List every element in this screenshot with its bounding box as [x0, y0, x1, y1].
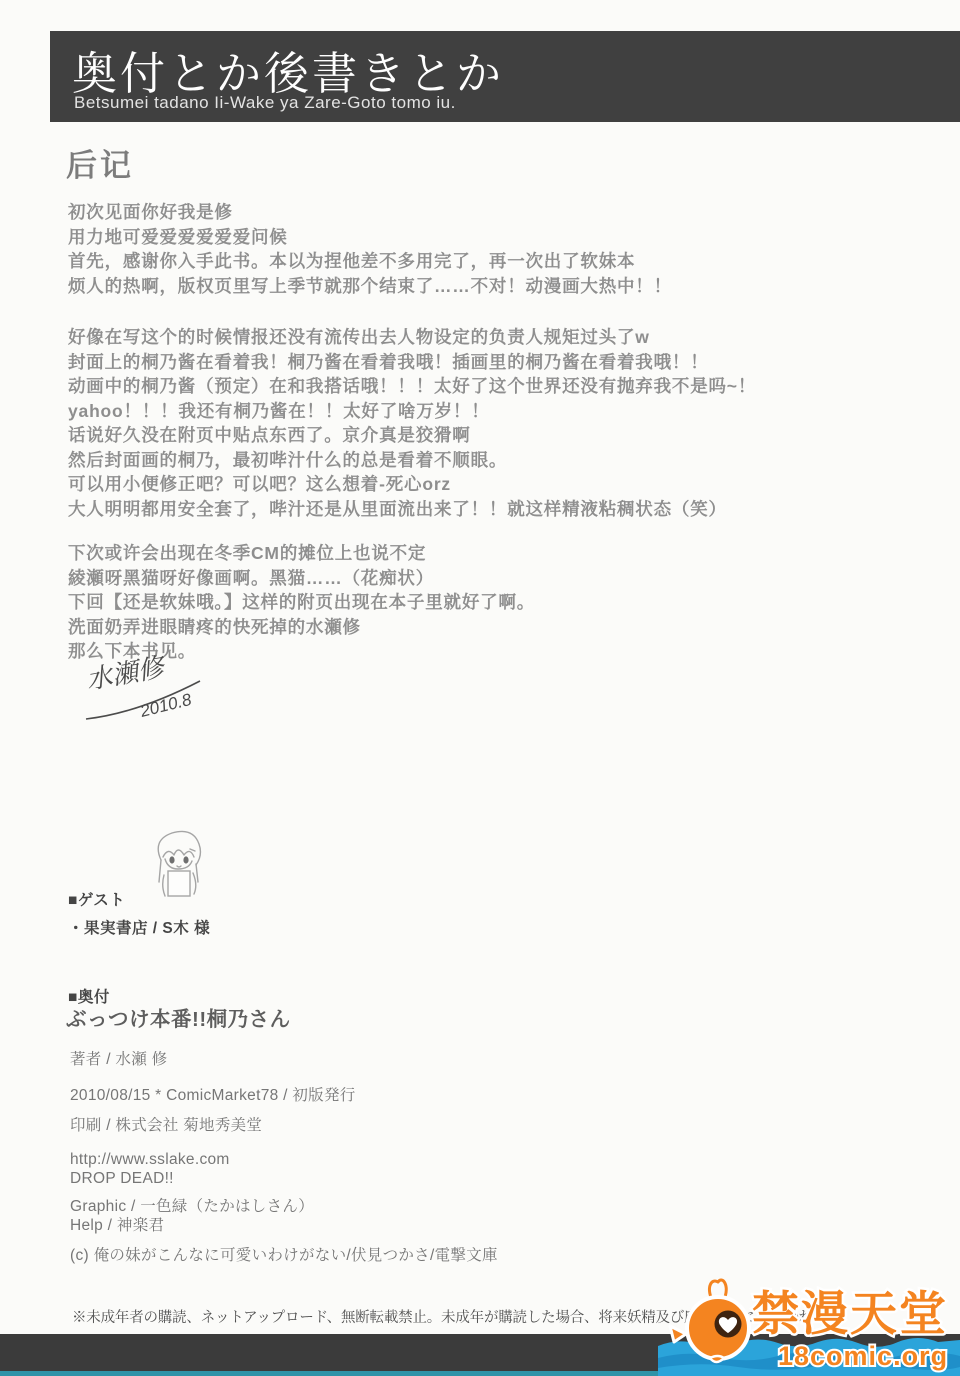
afterword-paragraph: 初次见面你好我是修 用力地可爱爱爱爱爱爱问候 首先，感谢你入手此书。本以为捏他差… — [68, 200, 672, 298]
signature-date: 2010.8 — [137, 690, 194, 721]
guest-section-heading: ■ゲスト — [68, 888, 125, 910]
afterword-paragraph: 好像在写这个的时候情报还没有流传出去人物设定的负责人规矩过头了w 封面上的桐乃酱… — [68, 325, 756, 521]
colophon-copyright-line: (c) 俺の妹がこんなに可愛いわけがない/伏見つかさ/電撃文庫 — [70, 1246, 498, 1265]
watermark-site-name: 禁漫天堂 — [752, 1287, 948, 1340]
colophon-author-line: 著者 / 水瀬 修 — [70, 1050, 167, 1069]
handwritten-signature: 水瀬修 2010.8 — [78, 653, 238, 733]
watermark-site-url: 18comic.org — [778, 1341, 948, 1371]
guest-entry: ・果実書店 / S木 様 — [68, 916, 210, 938]
scanned-afterword-page: 奥付とか後書きとか Betsumei tadano Ii-Wake ya Zar… — [0, 0, 960, 1376]
header-bar: 奥付とか後書きとか Betsumei tadano Ii-Wake ya Zar… — [50, 31, 960, 122]
book-title: ぶっつけ本番!!桐乃さん — [66, 1002, 291, 1032]
signature-name: 水瀬修 — [84, 653, 169, 695]
colophon-date-line: 2010/08/15 * ComicMarket78 / 初版発行 — [70, 1086, 356, 1105]
colophon-website-lines: http://www.sslake.com DROP DEAD!! — [70, 1150, 230, 1188]
colophon-printer-line: 印刷 / 株式会社 菊地秀美堂 — [70, 1116, 262, 1135]
page-subtitle: Betsumei tadano Ii-Wake ya Zare-Goto tom… — [74, 93, 456, 113]
colophon-credits-lines: Graphic / 一色緑（たかはしさん） Help / 神楽君 — [70, 1197, 314, 1235]
afterword-paragraph: 下次或许会出现在冬季CM的摊位上也说不定 綾瀬呀黑猫呀好像画啊。黑猫……（花痴状… — [68, 541, 535, 664]
afterword-heading: 后记 — [66, 140, 134, 185]
chibi-girl-sketch-icon — [147, 828, 213, 902]
site-watermark: 禁漫天堂 18comic.org — [640, 1272, 960, 1376]
